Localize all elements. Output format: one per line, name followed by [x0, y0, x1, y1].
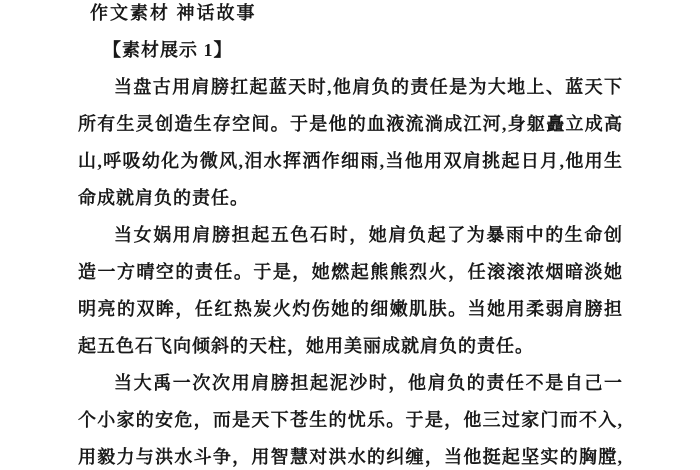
document-title: 作文素材 神话故事: [78, 0, 622, 32]
paragraph-nuwa: 当女娲用肩膀担起五色石时，她肩负起了为暴雨中的生命创 造一方晴空的责任。于是，她…: [78, 217, 622, 365]
document-page: 作文素材 神话故事 【素材展示 1】 当盘古用肩膀扛起蓝天时,他肩负的责任是为大…: [78, 0, 622, 470]
paragraph-pangu: 当盘古用肩膀扛起蓝天时,他肩负的责任是为大地上、蓝天下 所有生灵创造生存空间。于…: [78, 69, 622, 217]
paragraph-line: 当盘古用肩膀扛起蓝天时,他肩负的责任是为大地上、蓝天下: [78, 69, 622, 106]
paragraph-line: 明亮的双眸，任红热炭火灼伤她的细嫩肌肤。当她用柔弱肩膀担: [78, 291, 622, 328]
paragraph-line: 用毅力与洪水斗争，用智慧对洪水的纠缠，当他挺起坚实的胸膛,: [78, 439, 622, 470]
paragraph-line: 当女娲用肩膀担起五色石时，她肩负起了为暴雨中的生命创: [78, 217, 622, 254]
paragraph-line: 造一方晴空的责任。于是，她燃起熊熊烈火，任滚滚浓烟暗淡她: [78, 254, 622, 291]
section-heading: 【素材展示 1】: [78, 32, 622, 69]
paragraph-line: 所有生灵创造生存空间。于是他的血液流淌成江河,身躯矗立成高: [78, 106, 622, 143]
paragraph-line: 个小家的安危，而是天下苍生的忧乐。于是，他三过家门而不入,: [78, 402, 622, 439]
paragraph-line: 当大禹一次次用肩膀担起泥沙时，他肩负的责任不是自己一: [78, 365, 622, 402]
paragraph-line: 起五色石飞向倾斜的天柱，她用美丽成就肩负的责任。: [78, 328, 622, 365]
paragraph-line: 山,呼吸幼化为微风,泪水挥洒作细雨,当他用双肩挑起日月,他用生: [78, 143, 622, 180]
paragraph-line: 命成就肩负的责任。: [78, 180, 622, 217]
paragraph-dayu: 当大禹一次次用肩膀担起泥沙时，他肩负的责任不是自己一 个小家的安危，而是天下苍生…: [78, 365, 622, 470]
